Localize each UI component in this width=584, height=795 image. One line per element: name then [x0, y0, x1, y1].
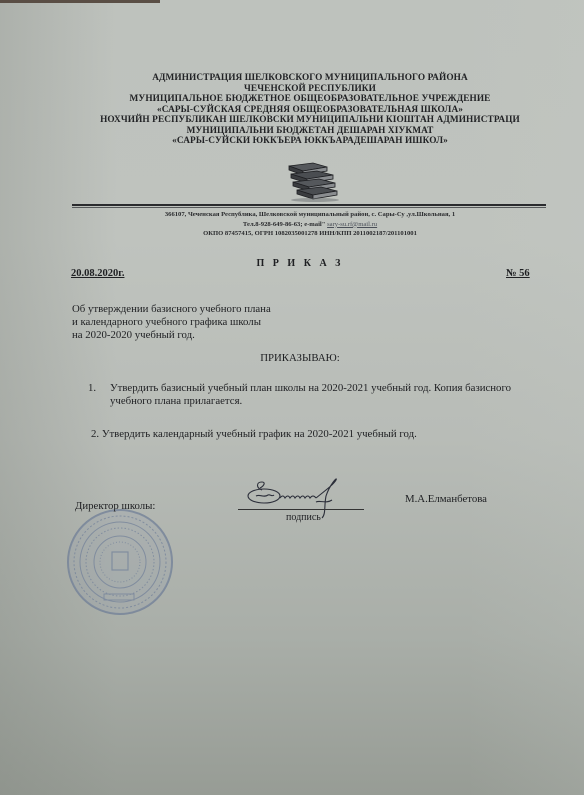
signature-caption: подпись	[286, 512, 321, 523]
letterhead-divider	[72, 204, 546, 206]
letterhead-divider-thin	[72, 207, 546, 208]
address-block: 366107, Чеченская Республика, Шелковской…	[60, 210, 560, 239]
document-subject: Об утверждении базисного учебного плана …	[72, 303, 271, 342]
contact-line: Тел.8-928-649-86-63; e-mail" sary-su.rf@…	[60, 220, 560, 230]
order-items: 1. Утвердить базисный учебный план школы…	[88, 382, 518, 408]
photo-edge	[0, 0, 160, 3]
subject-line: на 2020-2020 учебный год.	[72, 329, 271, 342]
item-number: 1.	[88, 382, 110, 408]
document-number: № 56	[506, 268, 530, 279]
subject-line: Об утверждении базисного учебного плана	[72, 303, 271, 316]
director-name: М.А.Елманбетова	[405, 493, 487, 505]
document-date: 20.08.2020г.	[71, 268, 124, 279]
address-line: 366107, Чеченская Республика, Шелковской…	[60, 210, 560, 220]
registration-line: ОКПО 87457415, ОГРН 1082035001278 ИНН/КП…	[60, 229, 560, 239]
letterhead-line: МУНИЦИПАЛЬНОЕ БЮДЖЕТНОЕ ОБЩЕОБРАЗОВАТЕЛЬ…	[40, 94, 580, 105]
item-number: 2.	[91, 428, 99, 440]
item-text: Утвердить календарный учебный график на …	[102, 428, 417, 440]
director-label: Директор школы:	[75, 500, 155, 512]
order-item: 2. Утвердить календарный учебный график …	[91, 428, 417, 440]
email-link[interactable]: sary-su.rf@mail.ru	[327, 221, 377, 228]
order-heading: ПРИКАЗЫВАЮ:	[0, 352, 584, 364]
signature-line	[238, 509, 364, 510]
order-item: 1. Утвердить базисный учебный план школы…	[88, 382, 518, 408]
letterhead-line: «САРЫ-СУЙСКИ ЮККЪЕРА ЮККЪАРАДЕШАРАН ИШКО…	[40, 136, 580, 147]
item-text: Утвердить базисный учебный план школы на…	[110, 382, 518, 408]
letterhead-line: «САРЫ-СУЙСКАЯ СРЕДНЯЯ ОБЩЕОБРАЗОВАТЕЛЬНА…	[40, 105, 580, 116]
letterhead-line: ЧЕЧЕНСКОЙ РЕСПУБЛИКИ	[40, 84, 580, 95]
book-stack-icon	[283, 160, 341, 202]
round-seal-stamp-icon	[66, 508, 174, 616]
letterhead: АДМИНИСТРАЦИЯ ШЕЛКОВСКОГО МУНИЦИПАЛЬНОГО…	[40, 73, 580, 147]
letterhead-line: АДМИНИСТРАЦИЯ ШЕЛКОВСКОГО МУНИЦИПАЛЬНОГО…	[40, 73, 580, 84]
letterhead-line: МУНИЦИПАЛЬНИ БЮДЖЕТАН ДЕШАРАН ХІУКМАТ	[40, 126, 580, 137]
phone-text: Тел.8-928-649-86-63; e-mail"	[243, 221, 327, 228]
subject-line: и календарного учебного графика школы	[72, 316, 271, 329]
letterhead-line: НОХЧИЙН РЕСПУБЛИКАН ШЕЛКОВСКИ МУНИЦИПАЛЬ…	[40, 115, 580, 126]
